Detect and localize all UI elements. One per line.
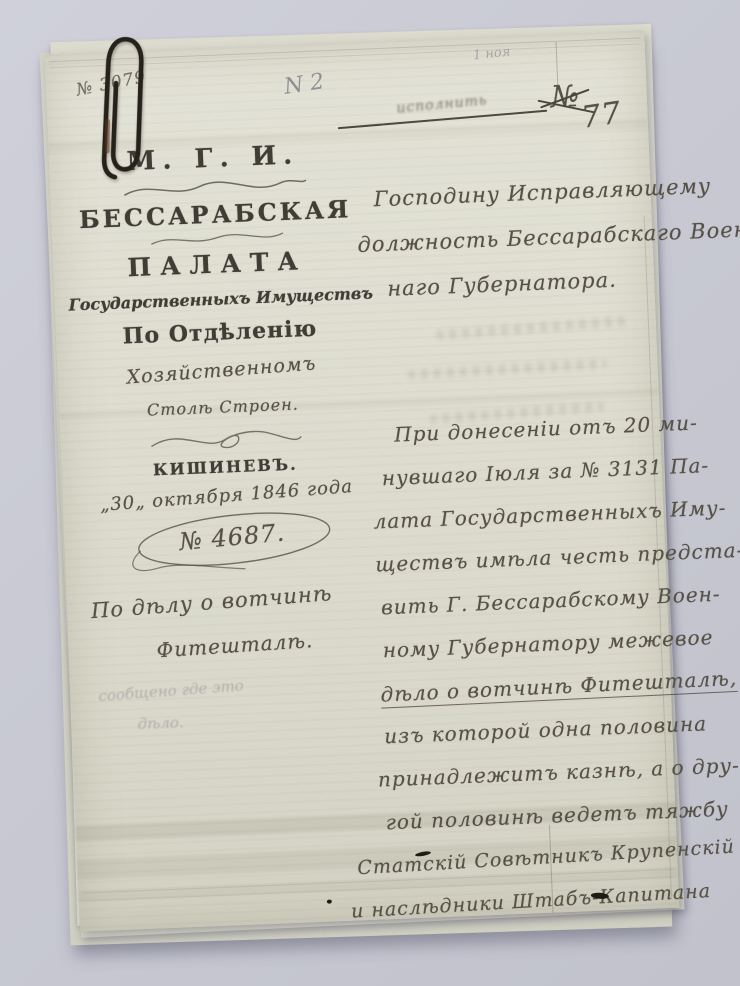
photo-background: { "annotations": { "top_left_number": "№… bbox=[0, 0, 740, 986]
department-label: По Отдѣленію bbox=[70, 314, 371, 352]
paperclip-icon bbox=[98, 31, 152, 182]
crossed-out-number: № 77 bbox=[544, 73, 637, 147]
bleed-through-text bbox=[408, 358, 608, 379]
ink-blot bbox=[327, 900, 332, 904]
number-oval: № 4687. bbox=[121, 505, 343, 578]
department-handwritten: Хозяйственномъ bbox=[71, 348, 372, 392]
pencil-annotation-date: 1 ноя bbox=[472, 44, 511, 63]
letterhead-flourish bbox=[145, 420, 306, 456]
chamber-name-line2: ПАЛАТА bbox=[67, 244, 368, 285]
scribble-text: исполнить bbox=[337, 87, 548, 122]
subject-note-line2: Фитешталѣ. bbox=[156, 628, 314, 662]
pencil-annotation-n2: N 2 bbox=[282, 69, 325, 100]
bleed-through-text bbox=[436, 316, 626, 340]
desk-handwritten: Столѣ Строен. bbox=[73, 392, 374, 423]
chamber-name-line1: БЕССАРАБСКАЯ bbox=[65, 194, 366, 235]
page-number-77: 77 bbox=[579, 95, 624, 135]
letter-body: При донесеніи отъ 20 ми- нувшаго Іюля за… bbox=[360, 412, 680, 940]
pencil-note-line2: дѣло. bbox=[137, 713, 184, 733]
pencil-note-line1: сообщено где это bbox=[98, 676, 245, 705]
subject-note-line1: По дѣлу о вотчинѣ bbox=[90, 581, 333, 623]
document-stack: № 3079 N 2 1 ноя № 77 исполнить М. Г. И.… bbox=[45, 30, 680, 931]
scribble-annotation: исполнить bbox=[337, 92, 548, 124]
recipient-block: Господину Исправляющему должность Бессар… bbox=[355, 176, 655, 323]
chamber-subtitle: Государственныхъ Имуществъ bbox=[68, 284, 369, 315]
main-sheet: № 3079 N 2 1 ноя № 77 исполнить М. Г. И.… bbox=[45, 30, 680, 931]
